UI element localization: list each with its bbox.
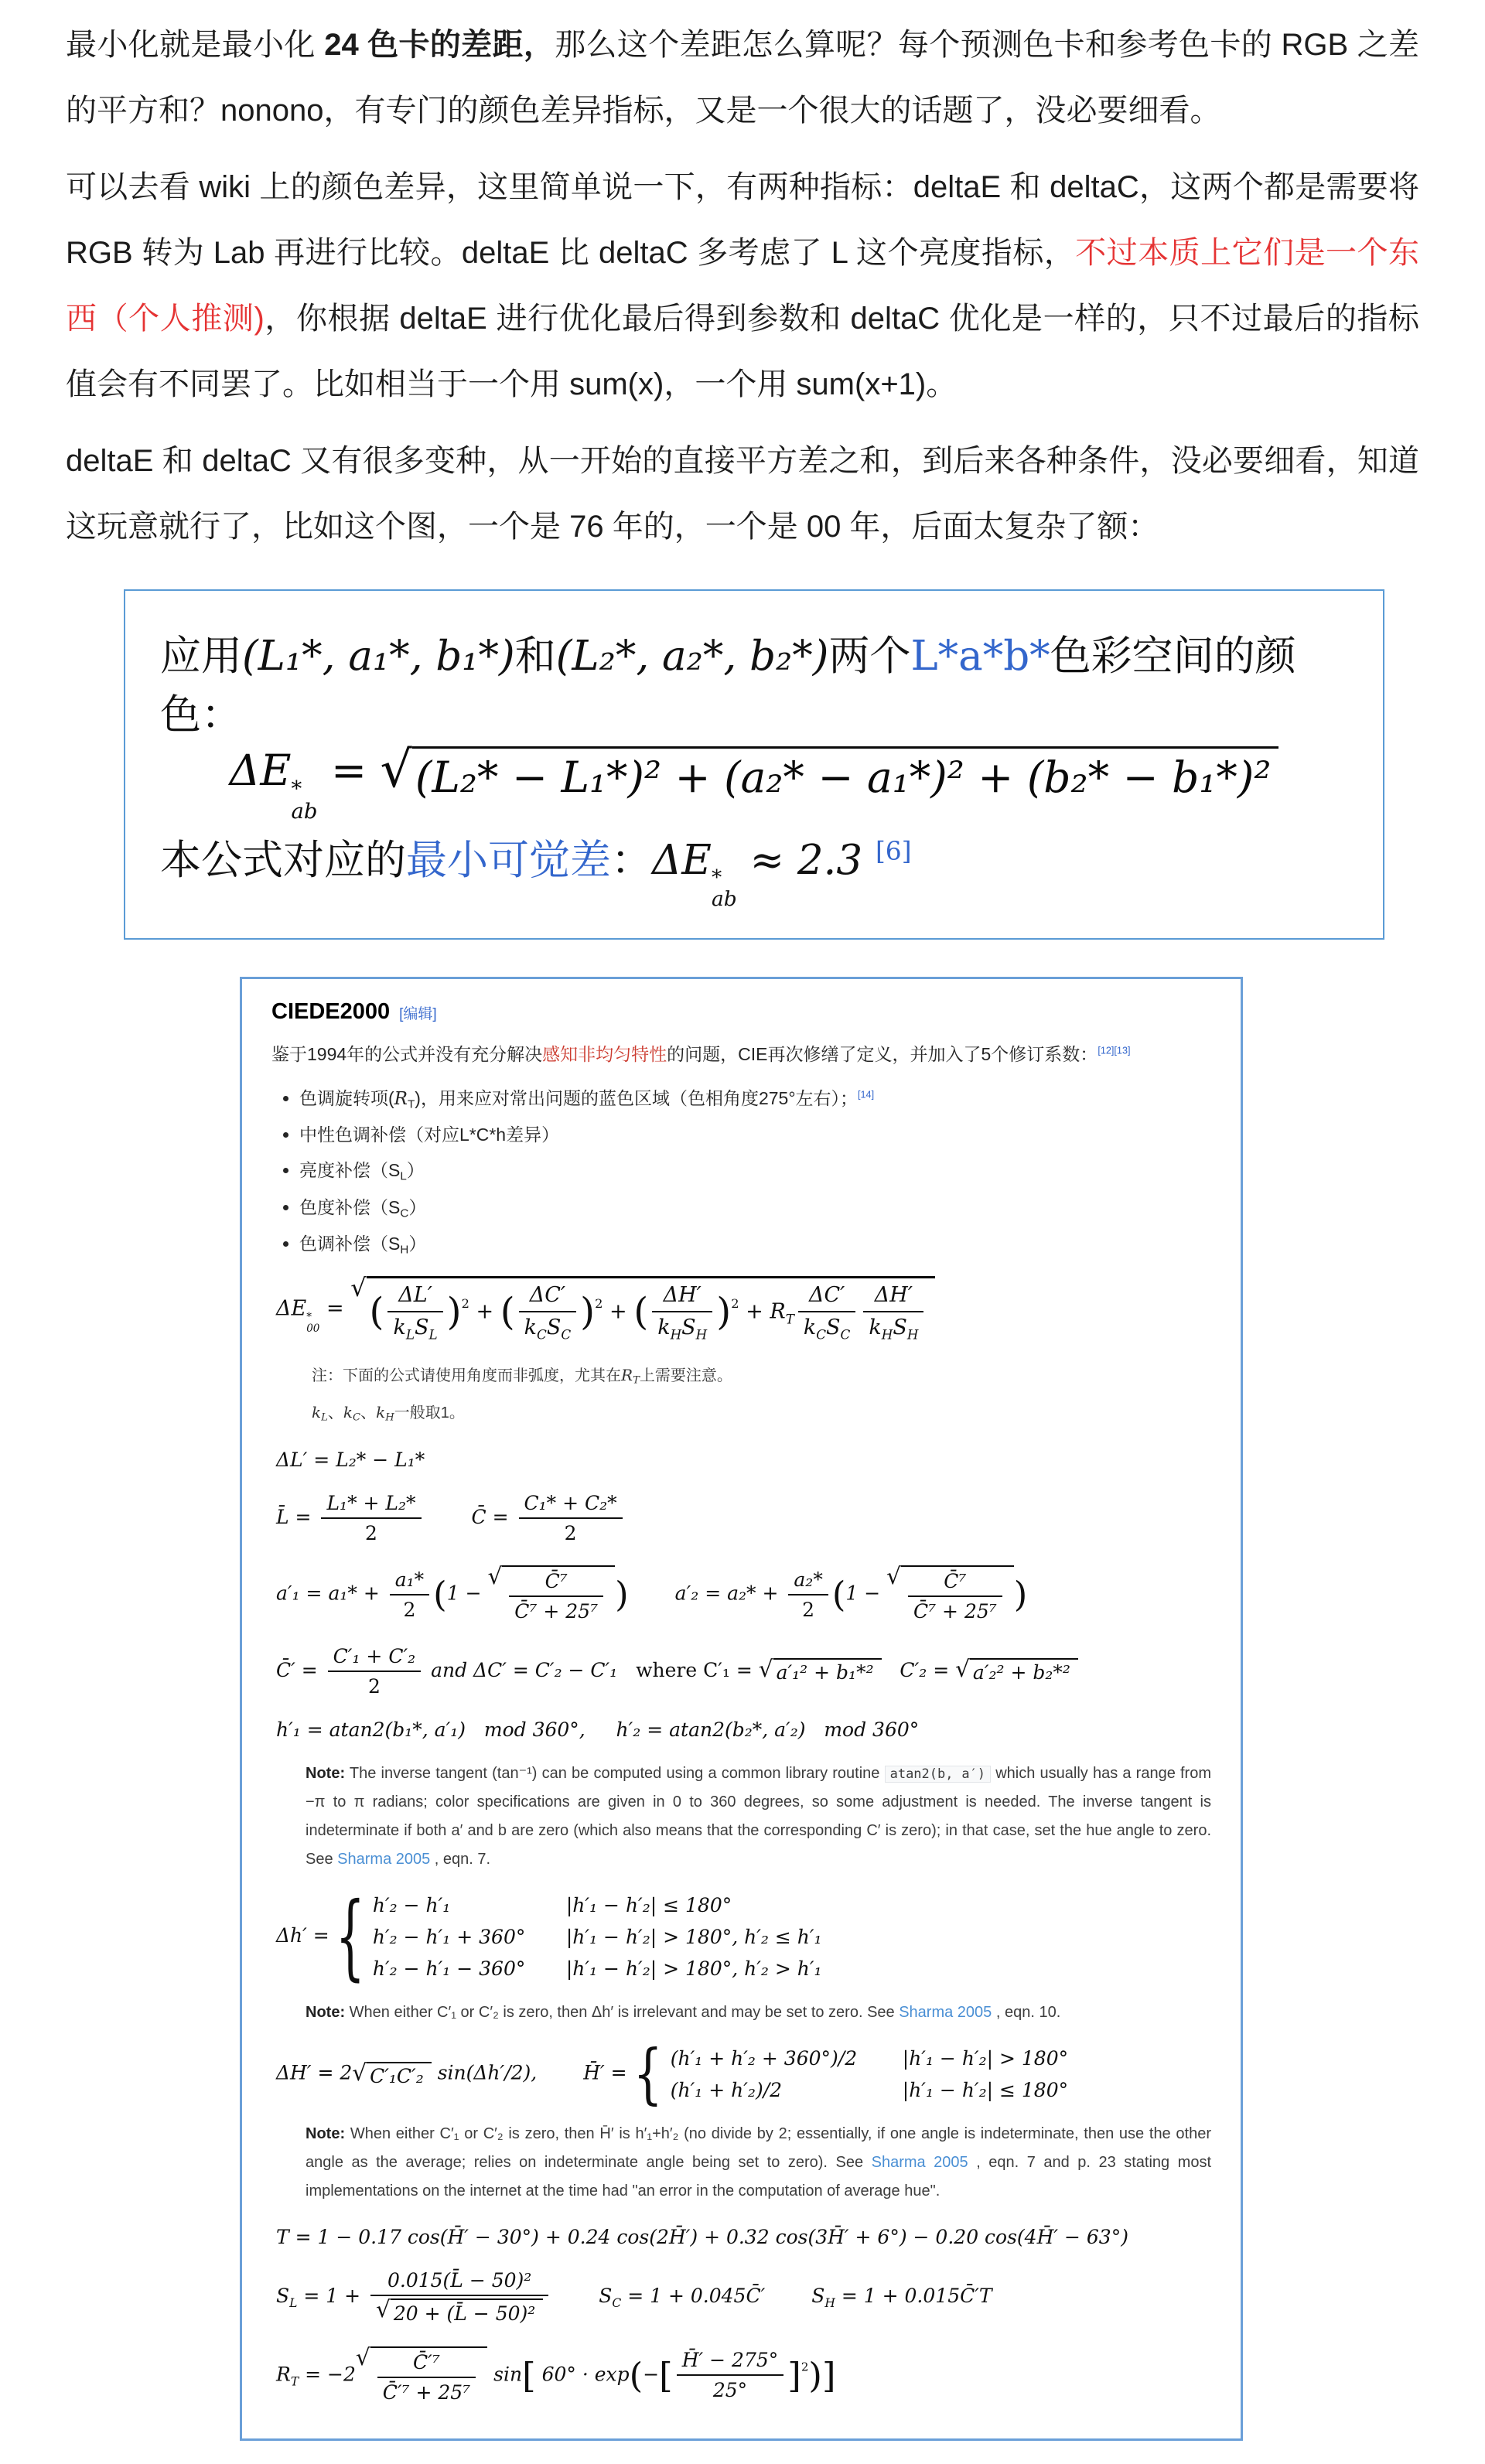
math-token: − bbox=[643, 2363, 659, 2385]
math-token: and ΔC′ = C′₂ − C′₁ bbox=[425, 1658, 623, 1681]
text-segment: 中性色调补偿（对应L*C*h差异） bbox=[299, 1124, 559, 1145]
paren: ) bbox=[580, 1291, 595, 1334]
paren: ( bbox=[633, 1291, 648, 1334]
math-supsub: *ab bbox=[712, 867, 737, 910]
case-expression: h′₂ − h′₁ + 360° bbox=[373, 1926, 566, 1948]
reference-14-link[interactable]: [14] bbox=[858, 1089, 874, 1100]
text-segment: , eqn. 7. bbox=[430, 1851, 490, 1868]
radical-sign: √ bbox=[886, 1565, 901, 1587]
math-token: = 1 + 0.045C̄′ bbox=[621, 2285, 765, 2307]
lab-colorspace-link[interactable]: L*a*b* bbox=[910, 633, 1050, 680]
math-token: = 1 + 0.015C̄′T bbox=[835, 2285, 992, 2307]
text-segment: ： bbox=[611, 837, 652, 884]
denominator: √20 + (L̄ − 50)² bbox=[370, 2296, 548, 2326]
case-expression: (h′₁ + h′₂ + 360°)/2 bbox=[671, 2047, 903, 2070]
fraction: C′₁ + C′₂2 bbox=[328, 1644, 422, 1699]
exponent: 2 bbox=[801, 2360, 809, 2374]
a-prime-formulas: a′₁ = a₁* + a₁*2(1 − √C̄⁷C̄⁷ + 25⁷)a′₂ =… bbox=[276, 1565, 1211, 1624]
math-token: C′₂ = bbox=[882, 1658, 956, 1681]
math-token: C̄ bbox=[472, 1505, 486, 1527]
text-segment: 和 bbox=[515, 633, 556, 680]
numerator: ΔL′ bbox=[387, 1282, 442, 1312]
exponent: 2 bbox=[595, 1296, 603, 1311]
sharma-2005-link[interactable]: Sharma 2005 bbox=[872, 2154, 968, 2171]
math-token: = bbox=[295, 1658, 324, 1681]
math-token: + bbox=[469, 1300, 500, 1324]
math-supsub: *ab bbox=[291, 778, 317, 823]
text-segment: When either C′₁ or C′₂ is zero, then Δh′… bbox=[345, 2004, 899, 2021]
text-segment: , eqn. 10. bbox=[992, 2004, 1060, 2021]
denominator: kHSH bbox=[863, 1312, 923, 1343]
fraction: ΔC′kCSC bbox=[798, 1282, 856, 1343]
math-sub: ab bbox=[291, 800, 317, 823]
radicand: C̄′⁷C̄′⁷ + 25⁷ bbox=[370, 2346, 488, 2405]
exponent: 2 bbox=[462, 1296, 469, 1311]
denominator: kCSC bbox=[519, 1312, 577, 1343]
math-token: C̄′ bbox=[276, 1658, 295, 1681]
paren: ) bbox=[716, 1291, 731, 1334]
math-sub: T bbox=[408, 1097, 415, 1111]
brace: { bbox=[633, 2042, 663, 2107]
math-sub: T bbox=[786, 1311, 794, 1326]
case-expression: (h′₁ + h′₂)/2 bbox=[671, 2079, 903, 2101]
numerator: a₂* bbox=[788, 1568, 828, 1595]
text-segment: ） bbox=[408, 1197, 426, 1217]
fraction: 0.015(L̄ − 50)²√20 + (L̄ − 50)² bbox=[370, 2268, 548, 2326]
hue-angle-formulas: h′₁ = atan2(b₁*, a′₁) mod 360°, h′₂ = at… bbox=[276, 1718, 1211, 1741]
numerator: C̄⁷ bbox=[509, 1569, 603, 1597]
numerator: C̄⁷ bbox=[908, 1569, 1002, 1597]
paren: ( bbox=[630, 2354, 643, 2395]
math-token: 1 − bbox=[845, 1582, 886, 1604]
square-root: √(L₂* − L₁*)² + (a₂* − a₁*)² + (b₂* − b₁… bbox=[381, 746, 1279, 802]
bracket: ] bbox=[787, 2354, 801, 2395]
math-token: k bbox=[343, 1403, 353, 1421]
list-item: 色调补偿（SH） bbox=[299, 1230, 1211, 1256]
delta-H-prime-formula: ΔH′ = 2√C′₁C′₂ sin(Δh′/2),H̄′ = {(h′₁ + … bbox=[276, 2047, 1211, 2101]
text-segment: 应用 bbox=[160, 633, 242, 680]
math-token: + bbox=[603, 1300, 633, 1324]
text-segment: 色度补偿（S bbox=[299, 1197, 400, 1217]
denominator: C̄⁷ + 25⁷ bbox=[509, 1597, 603, 1623]
RT-formula: RT = −2√C̄′⁷C̄′⁷ + 25⁷ sin[ 60° · exp(−[… bbox=[276, 2346, 1211, 2405]
math-sub: 00 bbox=[306, 1323, 319, 1334]
fraction: ΔH′kHSH bbox=[863, 1282, 923, 1343]
radical-sign: √ bbox=[487, 1565, 502, 1587]
math-sub: H bbox=[824, 2296, 835, 2310]
math-token: a′₂ = a₂* + bbox=[675, 1582, 785, 1604]
bracket: [ bbox=[659, 2354, 673, 2395]
text-segment: 本公式对应的 bbox=[160, 837, 406, 884]
fraction: C₁* + C₂*2 bbox=[519, 1491, 623, 1546]
text-segment: 、 bbox=[328, 1404, 343, 1421]
square-root: √C̄⁷C̄⁷ + 25⁷ bbox=[487, 1565, 615, 1624]
reference-6-link[interactable]: [6] bbox=[876, 835, 912, 865]
section-heading: CIEDE2000[编辑] bbox=[271, 999, 1211, 1025]
math-token: sin(Δh′/2), bbox=[432, 2062, 538, 2084]
math-token: = bbox=[289, 1505, 318, 1527]
piecewise: {(h′₁ + h′₂ + 360°)/2|h′₁ − h′₂| > 180°(… bbox=[633, 2047, 1069, 2101]
note-label: Note: bbox=[306, 1765, 345, 1782]
math-token: S bbox=[276, 2285, 289, 2307]
degrees-note: 注：下面的公式请使用角度而非弧度，尤其在RT上需要注意。 bbox=[312, 1361, 1211, 1391]
text-segment: 亮度补偿（S bbox=[299, 1160, 400, 1180]
square-root: √C̄′⁷C̄′⁷ + 25⁷ bbox=[356, 2346, 487, 2405]
sharma-2005-link[interactable]: Sharma 2005 bbox=[337, 1851, 430, 1868]
math-sub: T bbox=[291, 2374, 299, 2388]
radical-sign: √ bbox=[350, 1276, 366, 1299]
math-sup: * bbox=[306, 1312, 312, 1322]
bracket: ] bbox=[822, 2354, 836, 2395]
list-item: 色调旋转项(RT)，用来应对常出问题的蓝色区域（色相角度275°左右）；[14] bbox=[299, 1084, 1211, 1111]
math-sub: L bbox=[400, 1170, 406, 1183]
fraction: ΔL′kLSL bbox=[387, 1282, 442, 1343]
list-item: 中性色调补偿（对应L*C*h差异） bbox=[299, 1121, 1211, 1146]
case-condition: |h′₁ − h′₂| > 180°, h′₂ ≤ h′₁ bbox=[566, 1926, 822, 1948]
radicand: C′₁C′₂ bbox=[367, 2062, 432, 2087]
delta-L-formula: ΔL′ = L₂* − L₁* bbox=[276, 1449, 1211, 1471]
math-token: a′₁ = a₁* + bbox=[276, 1582, 386, 1604]
paragraph-2: 可以去看 wiki 上的颜色差异，这里简单说一下，有两种指标：deltaE 和 … bbox=[66, 155, 1419, 418]
correction-list: 色调旋转项(RT)，用来应对常出问题的蓝色区域（色相角度275°左右）；[14]… bbox=[282, 1084, 1211, 1256]
c-bar-prime-formula: C̄′ = C′₁ + C′₂2 and ΔC′ = C′₂ − C′₁ whe… bbox=[276, 1644, 1211, 1699]
numerator: ΔH′ bbox=[652, 1282, 712, 1312]
note-label: Note: bbox=[306, 2125, 345, 2142]
sharma-2005-link[interactable]: Sharma 2005 bbox=[899, 2004, 992, 2021]
numerator: C̄′⁷ bbox=[377, 2350, 476, 2378]
radical-sign: √ bbox=[381, 746, 412, 794]
square-root: √20 + (L̄ − 50)² bbox=[376, 2298, 543, 2326]
text-segment: 两个 bbox=[828, 633, 910, 680]
math-token: S bbox=[811, 2285, 824, 2307]
paren: ) bbox=[808, 2354, 822, 2395]
text-segment: )，用来应对常出问题的蓝色区域（色相角度275°左右）； bbox=[415, 1088, 858, 1108]
square-root: √(ΔL′kLSL)2 + (ΔC′kCSC)2 + (ΔH′kHSH)2 + … bbox=[350, 1276, 935, 1343]
math-token: ≈ 2.3 bbox=[737, 837, 876, 884]
numerator: H̄′ − 275° bbox=[677, 2348, 784, 2376]
numerator: ΔC′ bbox=[798, 1282, 856, 1312]
cie76-formula-image: 应用(L₁*, a₁*, b₁*)和(L₂*, a₂*, b₂*)两个L*a*b… bbox=[124, 589, 1384, 940]
math-sub: C bbox=[612, 2296, 621, 2310]
denominator: C̄′⁷ + 25⁷ bbox=[377, 2378, 476, 2404]
denominator: C̄⁷ + 25⁷ bbox=[908, 1597, 1002, 1623]
fraction: ΔH′kHSH bbox=[652, 1282, 712, 1343]
math-sub: C bbox=[353, 1412, 360, 1424]
math-token: = −2 bbox=[299, 2363, 356, 2385]
case-condition: |h′₁ − h′₂| > 180°, h′₂ > h′₁ bbox=[566, 1957, 822, 1980]
math-token: ΔE bbox=[652, 837, 712, 884]
article-body: 最小化就是最小化 24 色卡的差距，那么这个差距怎么算呢？每个预测色卡和参考色卡… bbox=[0, 0, 1485, 2464]
text-segment: deltaE 和 deltaC 又有很多变种，从一开始的直接平方差之和，到后来各… bbox=[66, 444, 1419, 544]
math-token: ΔE bbox=[276, 1297, 306, 1321]
text-segment: 、 bbox=[360, 1404, 376, 1421]
denominator: kCSC bbox=[798, 1312, 856, 1343]
redlink-perceptual-nonuniformity[interactable]: 感知非均匀特性 bbox=[542, 1044, 667, 1064]
text-segment: ） bbox=[407, 1160, 425, 1180]
radicand: (L₂* − L₁*)² + (a₂* − a₁*)² + (b₂* − b₁*… bbox=[412, 746, 1278, 802]
math-sub: ab bbox=[712, 889, 737, 910]
math-sub: T bbox=[633, 1375, 640, 1387]
paren: ) bbox=[615, 1574, 629, 1615]
fraction: C̄⁷C̄⁷ + 25⁷ bbox=[908, 1569, 1002, 1624]
math-sub: L bbox=[289, 2296, 297, 2310]
case-condition: |h′₁ − h′₂| ≤ 180° bbox=[566, 1894, 732, 1916]
text-segment-bold: 24 色卡的差距， bbox=[324, 28, 555, 62]
fraction: C̄′⁷C̄′⁷ + 25⁷ bbox=[377, 2350, 476, 2405]
paren: ) bbox=[447, 1291, 462, 1334]
square-root: √C′₁C′₂ bbox=[352, 2062, 431, 2087]
text-segment: ，你根据 deltaE 进行优化最后得到参数和 deltaC 优化是一样的，只不… bbox=[66, 302, 1419, 401]
math-token: ΔE bbox=[230, 746, 292, 795]
T-formula: T = 1 − 0.17 cos(H̄′ − 30°) + 0.24 cos(2… bbox=[276, 2226, 1211, 2248]
numerator: a₁* bbox=[390, 1568, 429, 1595]
text-segment: 色调旋转项( bbox=[299, 1088, 394, 1108]
paragraph-1: 最小化就是最小化 24 色卡的差距，那么这个差距怎么算呢？每个预测色卡和参考色卡… bbox=[66, 12, 1419, 144]
text-segment: 鉴于1994年的公式并没有充分解决 bbox=[271, 1044, 542, 1064]
numerator: C₁* + C₂* bbox=[519, 1491, 623, 1519]
math-token: k bbox=[312, 1403, 321, 1421]
radicand: 20 + (L̄ − 50)² bbox=[391, 2298, 543, 2326]
edit-link[interactable]: [编辑] bbox=[399, 1006, 437, 1022]
jnd-link[interactable]: 最小可觉差 bbox=[406, 837, 611, 884]
denominator: kLSL bbox=[387, 1312, 442, 1343]
paren: ) bbox=[1014, 1574, 1028, 1615]
radicand: (ΔL′kLSL)2 + (ΔC′kCSC)2 + (ΔH′kHSH)2 + R… bbox=[367, 1276, 936, 1343]
paragraph-3: deltaE 和 deltaC 又有很多变种，从一开始的直接平方差之和，到后来各… bbox=[66, 428, 1419, 560]
radical-sign: √ bbox=[376, 2298, 391, 2320]
piecewise: {h′₂ − h′₁|h′₁ − h′₂| ≤ 180°h′₂ − h′₁ + … bbox=[336, 1894, 822, 1980]
radicand: C̄⁷C̄⁷ + 25⁷ bbox=[502, 1565, 615, 1624]
delta-h-note: Note: When either C′₁ or C′₂ is zero, th… bbox=[306, 1998, 1211, 2027]
math-token: = bbox=[317, 746, 380, 795]
denominator: 2 bbox=[788, 1595, 828, 1622]
math-token: Δh′ = bbox=[276, 1924, 336, 1947]
math-token: where C′₁ = bbox=[623, 1658, 759, 1681]
math-token: = bbox=[319, 1297, 350, 1321]
denominator: 2 bbox=[321, 1519, 421, 1545]
square-root: √C̄⁷C̄⁷ + 25⁷ bbox=[886, 1565, 1014, 1624]
mean-L-C-formula: L̄ = L₁* + L₂*2C̄ = C₁* + C₂*2 bbox=[276, 1491, 1211, 1546]
fraction: L₁* + L₂*2 bbox=[321, 1491, 421, 1546]
denominator: kHSH bbox=[652, 1312, 712, 1343]
math-sub: C bbox=[400, 1206, 408, 1220]
radicand: a′₂² + b₂*² bbox=[970, 1658, 1078, 1684]
numerator: L₁* + L₂* bbox=[321, 1491, 421, 1519]
list-item: 亮度补偿（SL） bbox=[299, 1156, 1211, 1183]
paren: ( bbox=[370, 1291, 384, 1334]
math-supsub: *00 bbox=[306, 1312, 319, 1333]
math-sub: H bbox=[385, 1412, 394, 1424]
text-segment: The inverse tangent (tan⁻¹) can be compu… bbox=[345, 1765, 884, 1782]
math-sup: * bbox=[712, 867, 722, 889]
math-token: L̄ bbox=[276, 1505, 289, 1527]
text-segment: 的问题，CIE再次修缮了定义，并加入了5个修订系数： bbox=[667, 1044, 1098, 1064]
text-segment: 色调补偿（S bbox=[299, 1234, 400, 1254]
math-sub: H bbox=[400, 1243, 408, 1256]
fraction: a₁*2 bbox=[390, 1568, 429, 1623]
numerator: 0.015(L̄ − 50)² bbox=[370, 2268, 548, 2296]
code-snippet: atan2(b, a′) bbox=[885, 1766, 991, 1783]
list-item: 色度补偿（SC） bbox=[299, 1193, 1211, 1220]
S-formulas: SL = 1 + 0.015(L̄ − 50)²√20 + (L̄ − 50)²… bbox=[276, 2268, 1211, 2326]
radicand: a′₁² + b₁*² bbox=[773, 1658, 882, 1684]
text-segment: 一般取1。 bbox=[394, 1404, 465, 1421]
note-label: Note: bbox=[306, 2004, 345, 2021]
math-token: R bbox=[394, 1089, 408, 1109]
paren: ( bbox=[832, 1574, 846, 1615]
fraction: ΔC′kCSC bbox=[519, 1282, 577, 1343]
numerator: ΔH′ bbox=[863, 1282, 923, 1312]
intro-paragraph: 鉴于1994年的公式并没有充分解决感知非均匀特性的问题，CIE再次修缮了定义，并… bbox=[271, 1040, 1211, 1066]
math-token: 1 − bbox=[447, 1582, 488, 1604]
math-token: S bbox=[599, 2285, 612, 2307]
denominator: 25° bbox=[677, 2376, 784, 2402]
fraction: C̄⁷C̄⁷ + 25⁷ bbox=[509, 1569, 603, 1624]
delta-e-00-formula: ΔE*00 = √(ΔL′kLSL)2 + (ΔC′kCSC)2 + (ΔH′k… bbox=[276, 1276, 1211, 1343]
math-token: sin bbox=[487, 2363, 522, 2385]
reference-12-13-link[interactable]: [12][13] bbox=[1098, 1045, 1130, 1056]
text-segment: 最小化就是最小化 bbox=[66, 28, 324, 62]
delta-h-prime-cases: Δh′ = {h′₂ − h′₁|h′₁ − h′₂| ≤ 180°h′₂ − … bbox=[276, 1894, 1211, 1980]
math-token: ΔH′ = 2 bbox=[276, 2062, 352, 2084]
text-segment: ） bbox=[408, 1234, 426, 1254]
numerator: C′₁ + C′₂ bbox=[328, 1644, 422, 1672]
fraction: H̄′ − 275°25° bbox=[677, 2348, 784, 2403]
math-token: R bbox=[621, 1366, 633, 1384]
case-condition: |h′₁ − h′₂| > 180° bbox=[903, 2047, 1068, 2070]
math-token: H̄′ = bbox=[583, 2062, 633, 2084]
math-token: R bbox=[276, 2363, 291, 2385]
bracket: [ bbox=[522, 2354, 536, 2395]
math-sup: * bbox=[291, 778, 302, 800]
radical-sign: √ bbox=[955, 1658, 970, 1680]
paren: ( bbox=[500, 1291, 515, 1334]
case-expression: h′₂ − h′₁ − 360° bbox=[373, 1957, 566, 1980]
lab-colors-line: 应用(L₁*, a₁*, b₁*)和(L₂*, a₂*, b₂*)两个L*a*b… bbox=[160, 623, 1348, 741]
section-title: CIEDE2000 bbox=[271, 999, 390, 1024]
math-token: = 1 + bbox=[297, 2285, 367, 2307]
math-token: (L₂*, a₂*, b₂*) bbox=[556, 633, 829, 680]
radical-sign: √ bbox=[759, 1658, 773, 1680]
fraction: a₂*2 bbox=[788, 1568, 828, 1623]
exponent: 2 bbox=[731, 1296, 739, 1311]
case-expression: h′₂ − h′₁ bbox=[373, 1894, 566, 1916]
text-segment: 上需要注意。 bbox=[640, 1367, 732, 1384]
atan2-note: Note: The inverse tangent (tan⁻¹) can be… bbox=[306, 1759, 1211, 1874]
denominator: 2 bbox=[328, 1672, 422, 1698]
delta-e-ab-formula: ΔE*ab = √(L₂* − L₁*)² + (a₂* − a₁*)² + (… bbox=[160, 746, 1348, 823]
math-token: 60° · exp bbox=[536, 2363, 630, 2385]
average-hue-note: Note: When either C′₁ or C′₂ is zero, th… bbox=[306, 2120, 1211, 2206]
radical-sign: √ bbox=[352, 2062, 367, 2083]
case-condition: |h′₁ − h′₂| ≤ 180° bbox=[903, 2079, 1068, 2101]
paren: ( bbox=[433, 1574, 447, 1615]
denominator: 2 bbox=[519, 1519, 623, 1545]
math-token: k bbox=[376, 1403, 385, 1421]
math-sub: L bbox=[321, 1412, 328, 1424]
denominator: 2 bbox=[390, 1595, 429, 1622]
k-values-note: kL、kC、kH一般取1。 bbox=[312, 1398, 1211, 1428]
math-token: R bbox=[770, 1300, 785, 1324]
square-root: √a′₂² + b₂*² bbox=[955, 1658, 1078, 1684]
math-token: (L₁*, a₁*, b₁*) bbox=[242, 633, 515, 680]
math-token: = bbox=[486, 1505, 515, 1527]
math-token: + bbox=[739, 1300, 770, 1324]
square-root: √a′₁² + b₁*² bbox=[759, 1658, 882, 1684]
radicand: C̄⁷C̄⁷ + 25⁷ bbox=[901, 1565, 1014, 1624]
jnd-line: 本公式对应的最小可觉差：ΔE*ab ≈ 2.3 [6] bbox=[160, 828, 1348, 910]
text-segment: 注：下面的公式请使用角度而非弧度，尤其在 bbox=[312, 1367, 621, 1384]
radical-sign: √ bbox=[356, 2346, 370, 2368]
wikipedia-ciede2000-image: CIEDE2000[编辑] 鉴于1994年的公式并没有充分解决感知非均匀特性的问… bbox=[240, 977, 1243, 2441]
brace: { bbox=[336, 1891, 365, 1984]
numerator: ΔC′ bbox=[519, 1282, 577, 1312]
